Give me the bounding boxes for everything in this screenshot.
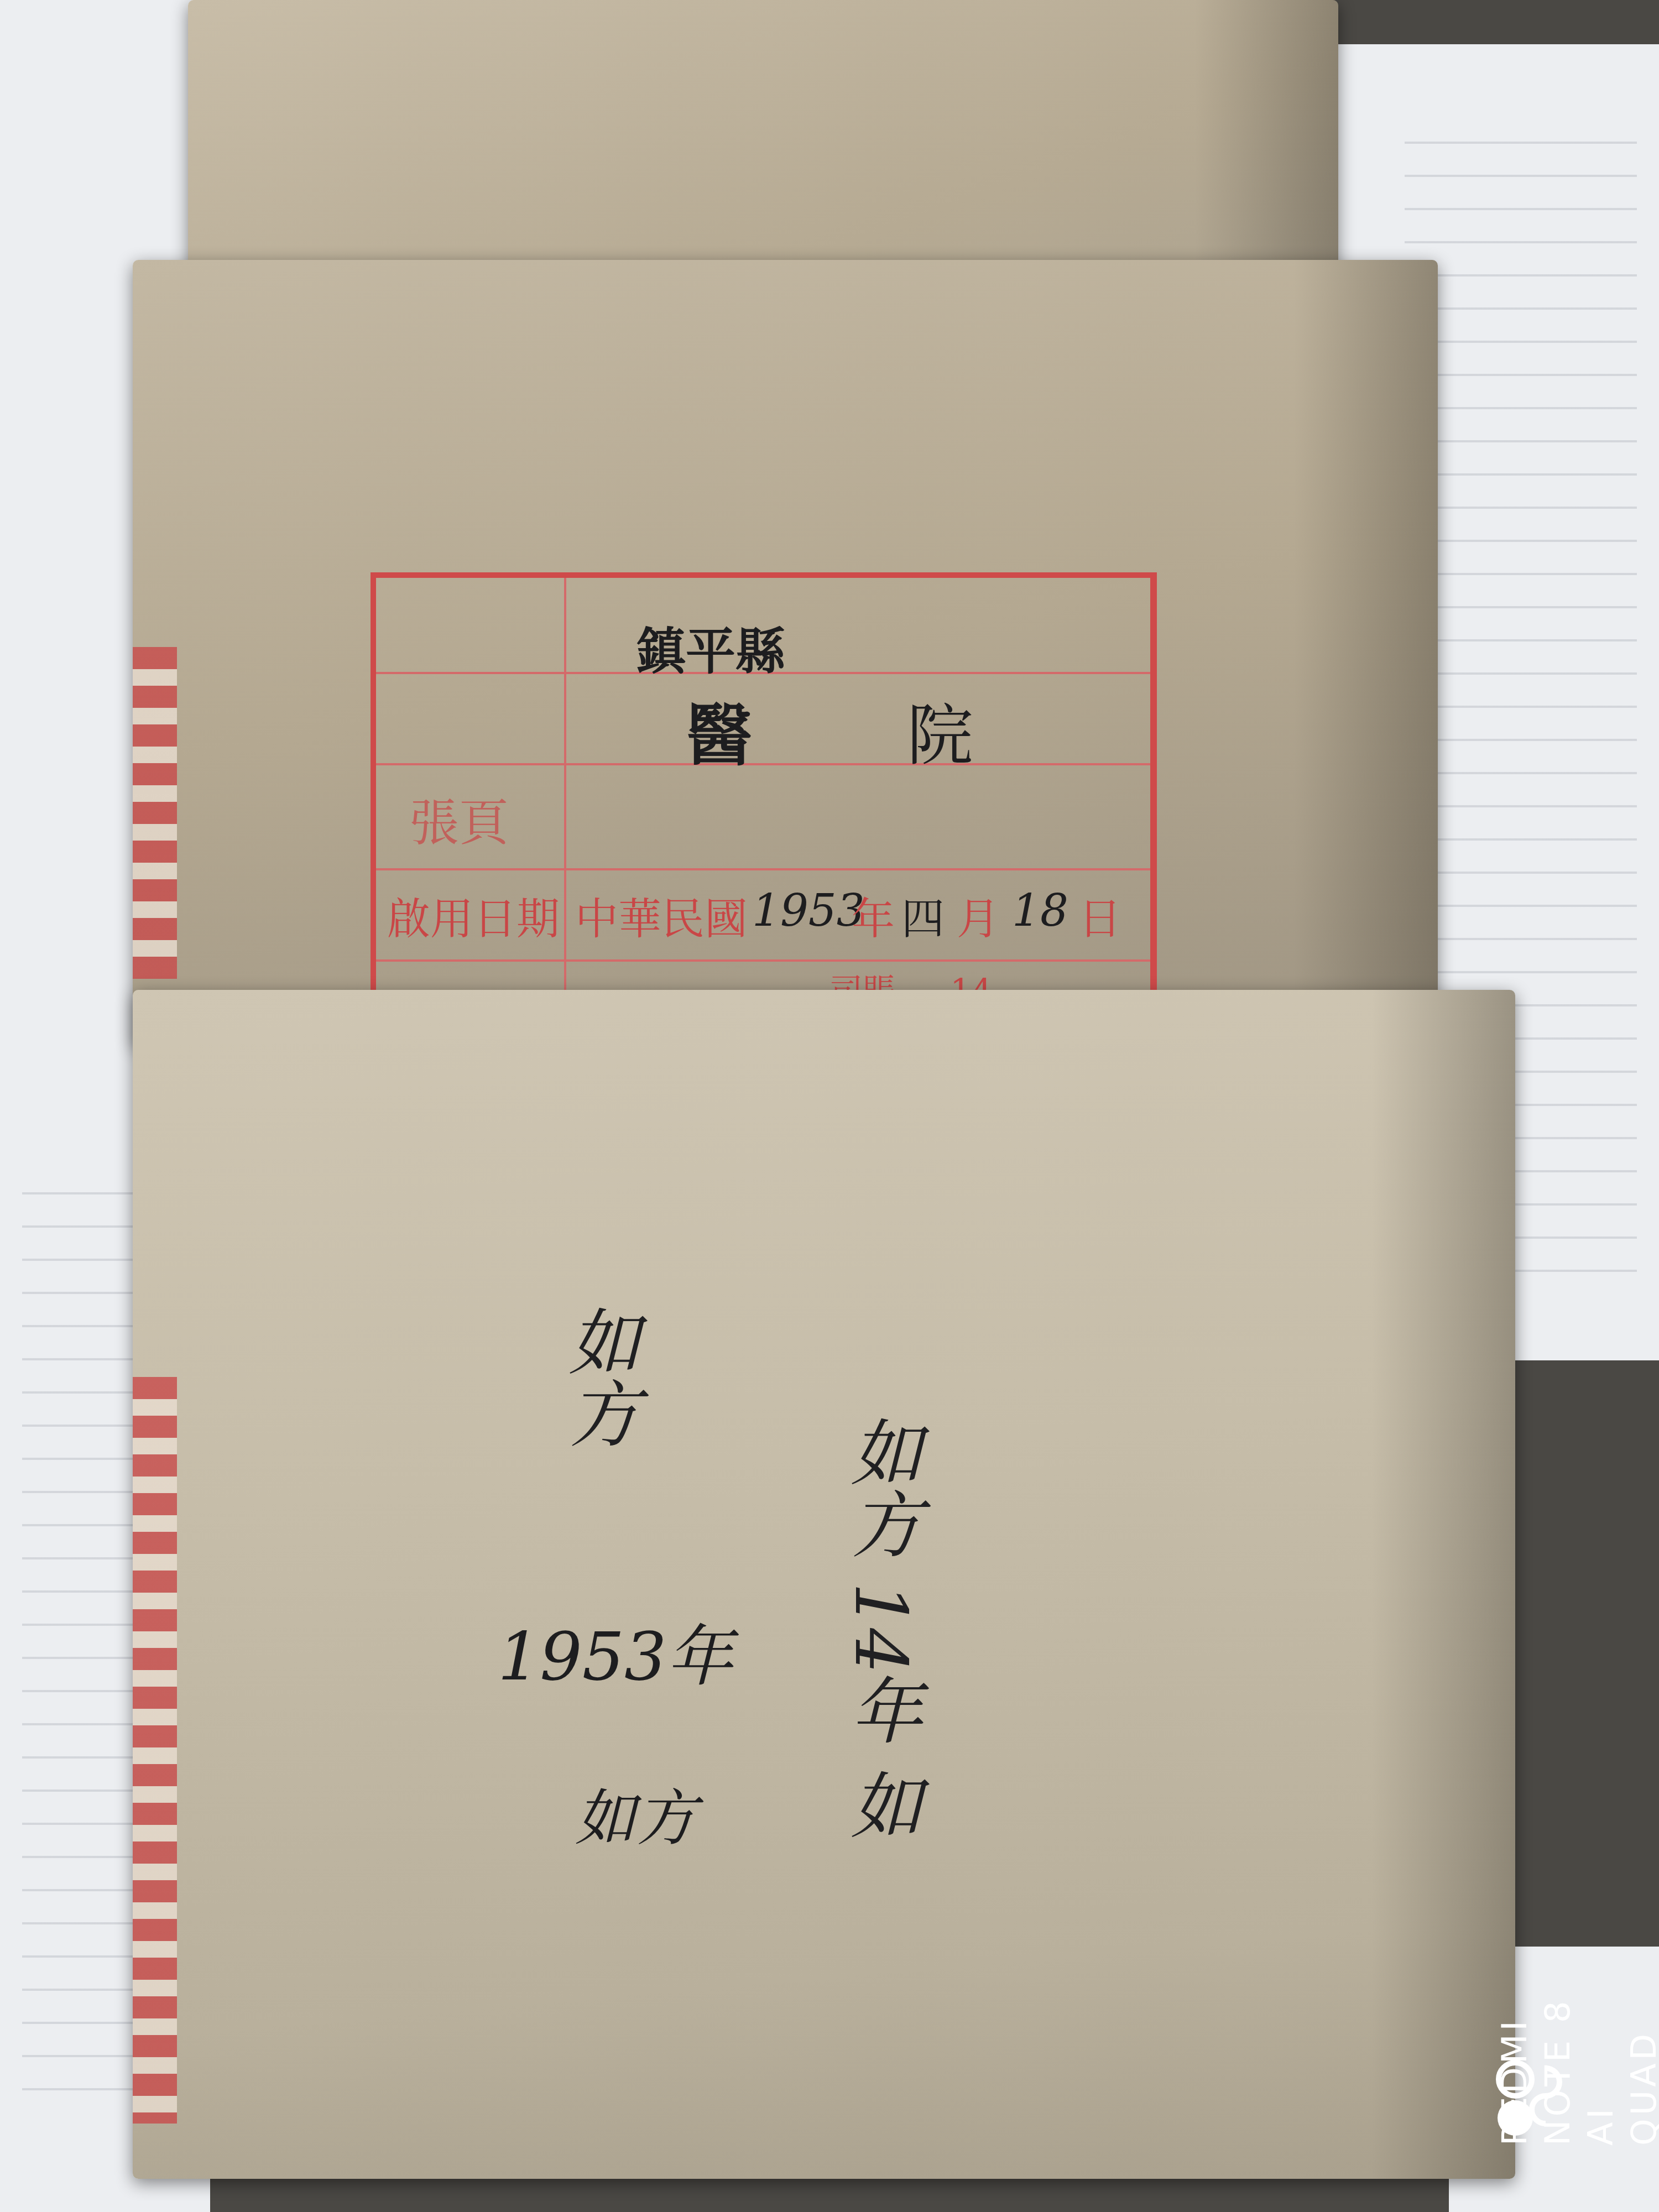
watermark-line-1: REDMI NOTE 8 — [1493, 1980, 1579, 2146]
handwriting-right: 如方 14年 如 — [830, 1416, 933, 1840]
label-row-line — [376, 763, 1150, 765]
watermark-line-2: AI QUAD CAMERA — [1579, 1980, 1659, 2146]
month-value: 四 — [901, 885, 945, 947]
camera-watermark: REDMI NOTE 8 AI QUAD CAMERA — [1493, 1980, 1659, 2146]
cover-label: 鎮平縣 醫 院 張頁 啟用日期 中華民國 1953 年 四 月 18 日 司賬 … — [371, 572, 1157, 1015]
day-value: 18 — [1012, 885, 1068, 936]
year-value: 1953 — [752, 885, 865, 936]
middle-booklet-spine — [1294, 260, 1438, 1045]
unit-char-1: 醫 — [686, 683, 752, 778]
label-row-line — [376, 868, 1150, 870]
year-suffix: 年 — [852, 885, 895, 947]
background-paper-left-table — [22, 1161, 144, 2101]
handwriting-year: 1953年 — [498, 1604, 733, 1699]
month-suffix: 月 — [957, 885, 1000, 947]
label-col-line — [564, 578, 566, 1009]
bottom-booklet-red-edge — [133, 1377, 177, 2124]
handwriting-left-bottom: 如方 — [575, 1770, 697, 1857]
label-row-line — [376, 959, 1150, 962]
handwriting-left-top: 如方 — [547, 1305, 651, 1449]
middle-booklet-red-edge — [133, 647, 177, 979]
date-field-label: 啟用日期 — [387, 885, 560, 947]
day-suffix: 日 — [1078, 885, 1121, 947]
bottom-booklet — [133, 990, 1515, 2179]
row-label-volumes: 張頁 — [409, 782, 509, 854]
era-label: 中華民國 — [575, 885, 748, 947]
unit-char-2: 院 — [907, 683, 973, 778]
county-name: 鎮平縣 — [636, 611, 785, 683]
